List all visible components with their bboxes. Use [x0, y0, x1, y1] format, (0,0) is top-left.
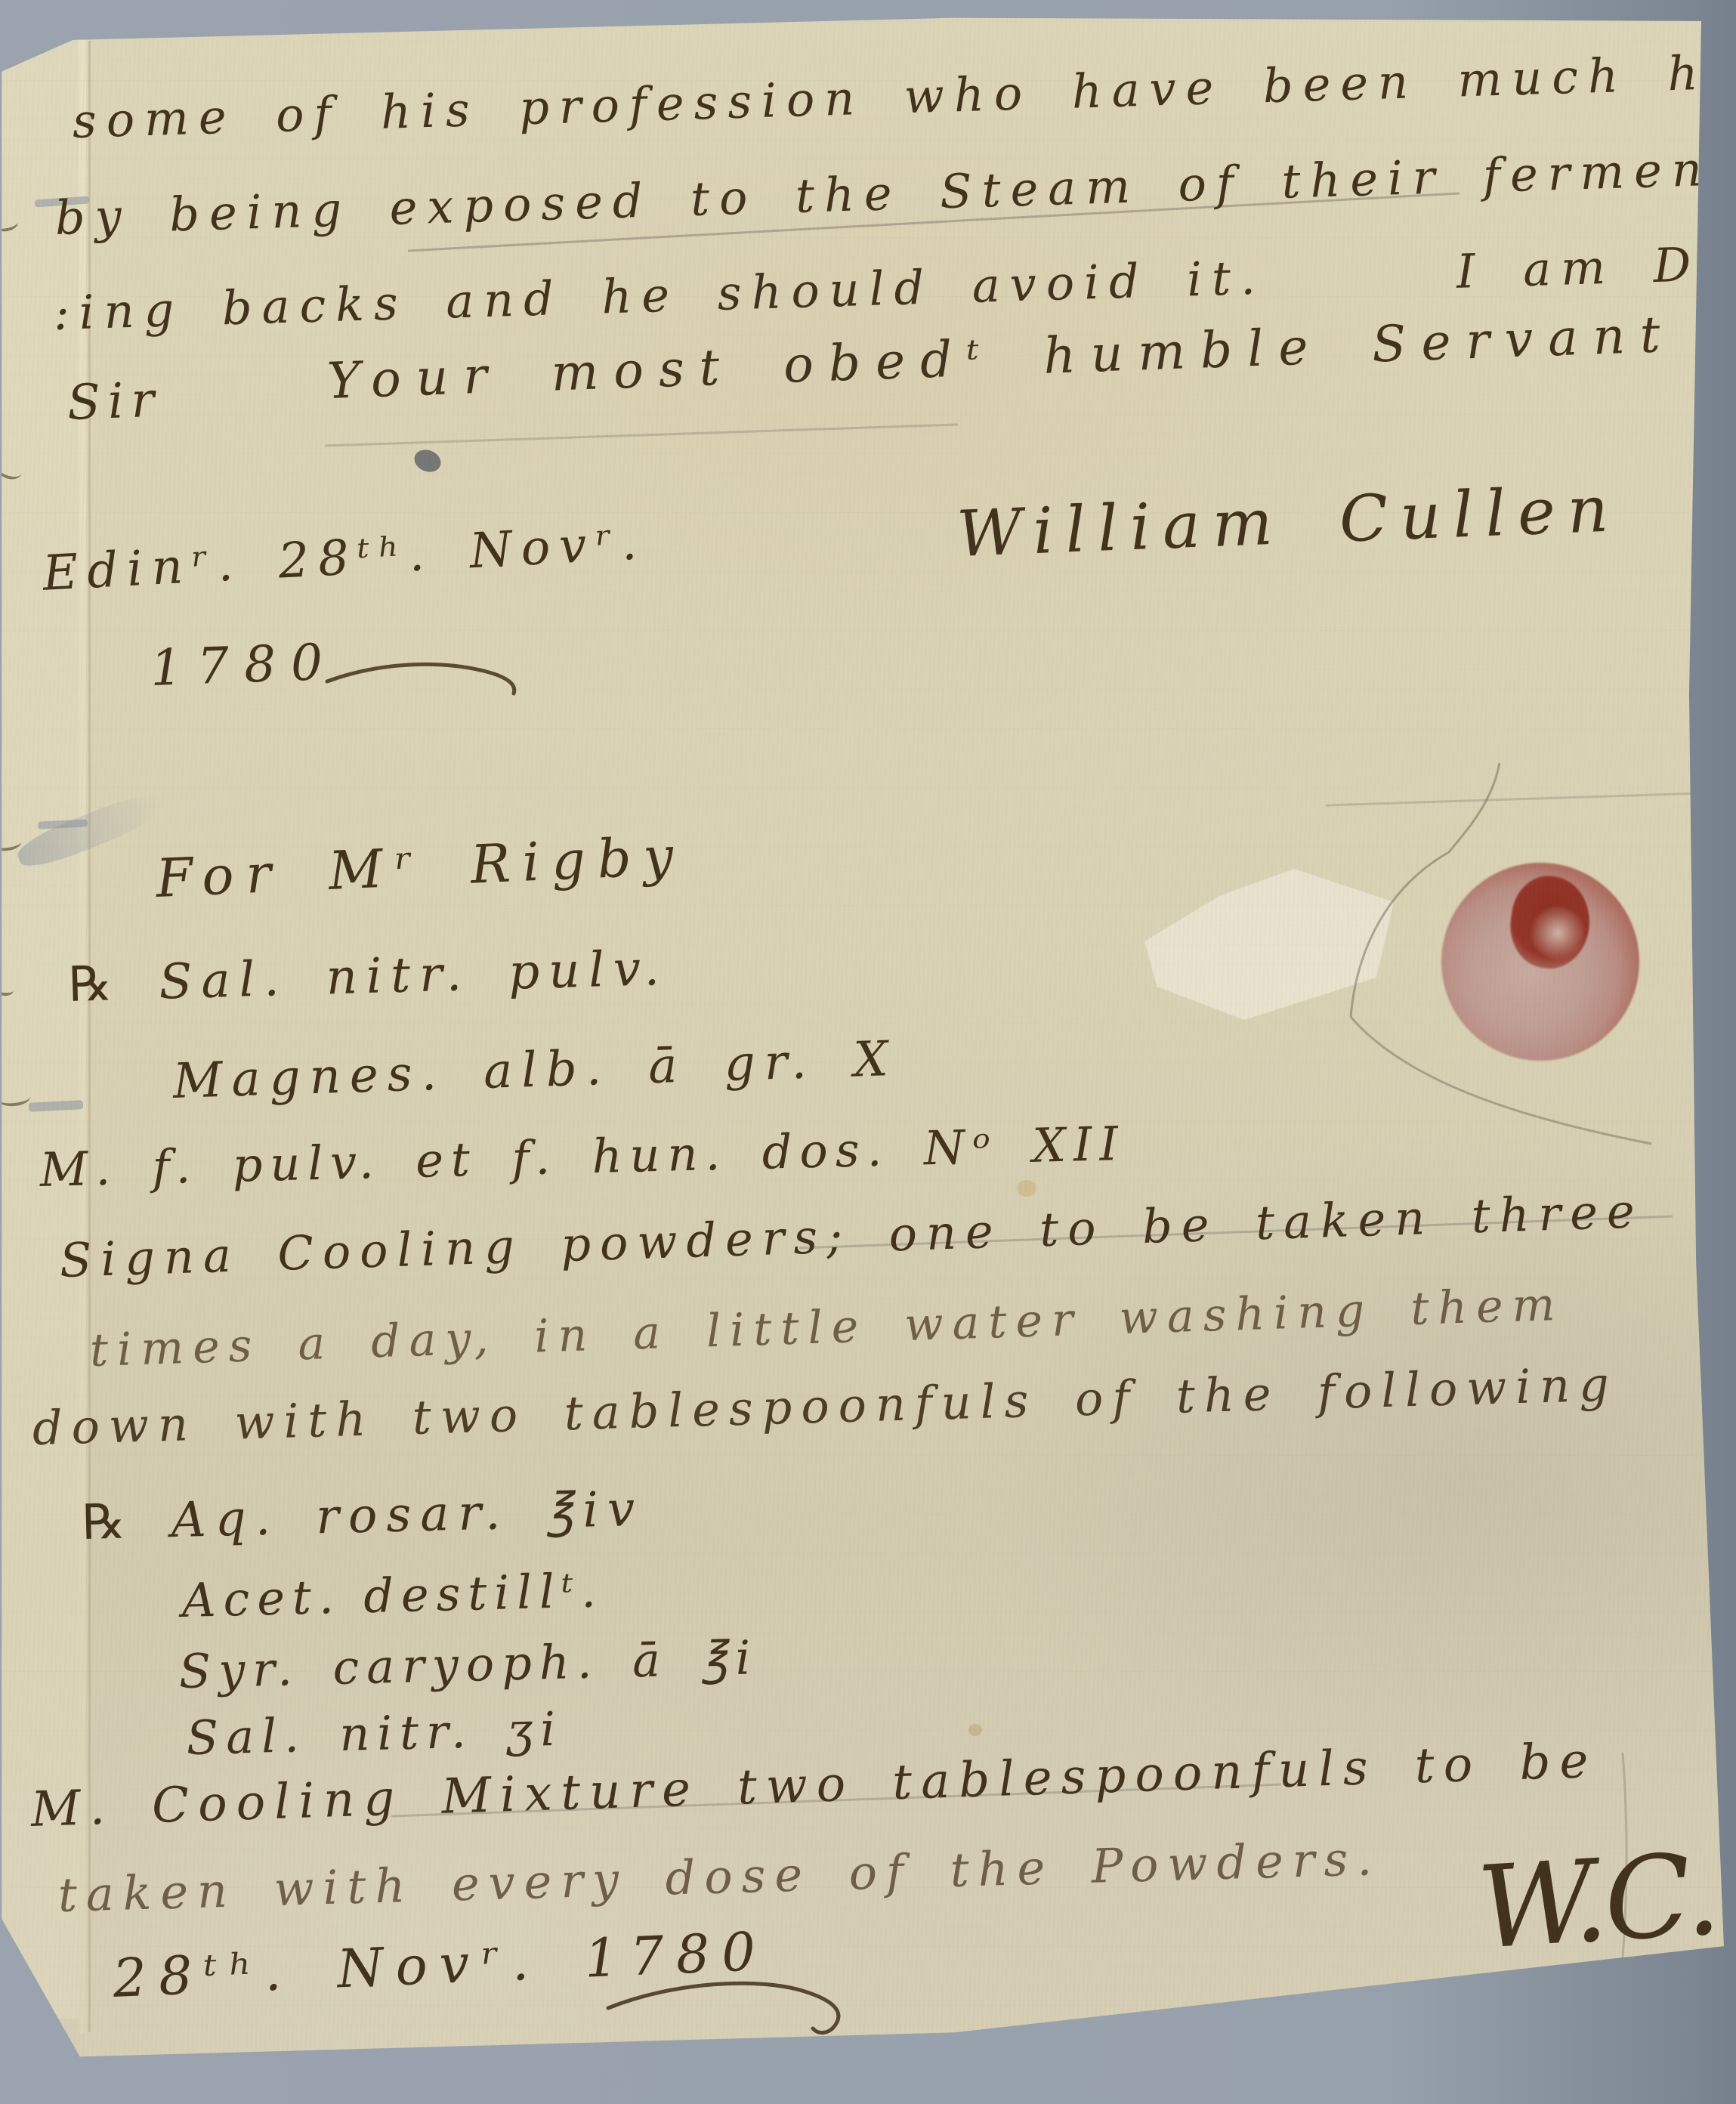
stitch-mark — [38, 819, 88, 829]
recipe2-line-3: Syr. caryoph. ā ℥i — [178, 1634, 758, 1695]
recipe1-line-1: ℞ Sal. nitr. pulv. — [68, 944, 669, 1009]
recipe1-line-3: M. f. pulv. et f. hun. dos. Nᵒ XII — [39, 1120, 1126, 1194]
dateline-year: 1780 — [150, 637, 338, 694]
margin-ink-fragment — [0, 1968, 25, 1988]
photograph-background: some of his profession who have been muc… — [0, 0, 1736, 2104]
letter-line-2: by being exposed to the Steam of their f… — [54, 144, 1736, 242]
prescription-heading: For Mʳ Rigby — [155, 829, 686, 905]
wax-seal-dark-blob — [1505, 871, 1595, 973]
crease-lines — [0, 0, 1736, 2104]
foxing-spot — [968, 1724, 982, 1736]
wax-seal-worn-center — [1531, 907, 1585, 959]
fold-crease-highlight — [79, 39, 86, 2034]
recipe2-line-4: Sal. nitr. ʒi — [186, 1706, 564, 1762]
fold-crease-shadow — [88, 41, 91, 2032]
letter-line-3: :ing backs and he should avoid it. I am … — [53, 240, 1728, 337]
foxing-spot — [1017, 1180, 1036, 1197]
wax-seal — [1441, 863, 1639, 1061]
margin-ink-fragment — [0, 836, 22, 853]
stitch-mark — [35, 196, 90, 208]
ink-flourish — [604, 1964, 861, 2047]
salutation: Sir — [66, 376, 162, 428]
stitch-mark — [29, 1100, 84, 1112]
signa-line-1: Signa Cooling powders; one to be taken t… — [59, 1188, 1644, 1284]
margin-ink-fragment — [0, 215, 20, 233]
ink-blot — [411, 446, 444, 475]
recipe1-line-2: Magnes. alb. ā gr. X — [172, 1035, 897, 1106]
directions-line-2: taken with every dose of the Powders. — [57, 1835, 1382, 1919]
prescription-date: 28ᵗʰ. Novʳ. 1780 — [112, 1925, 768, 2005]
ink-flourish — [323, 642, 535, 718]
directions-line-1: M. Cooling Mixture two tablespoonfuls to… — [30, 1737, 1598, 1834]
recipe2-line-2: Acet. destillᵗ. — [181, 1567, 604, 1624]
initials-monogram: W.C. — [1475, 1838, 1720, 1966]
dateline-place: Edinʳ. 28ᵗʰ. Novʳ. — [42, 518, 647, 598]
margin-ink-fragment — [0, 456, 25, 482]
margin-ink-fragment — [0, 1089, 31, 1108]
letter-line-1: some of his profession who have been muc… — [72, 47, 1736, 145]
torn-paper-patch — [1144, 869, 1394, 1020]
signa-line-3: down with two tablespoonfuls of the foll… — [32, 1361, 1619, 1452]
pencil-smudge — [13, 787, 165, 875]
page-fold-strip — [0, 39, 79, 2019]
signature: William Cullen — [956, 477, 1621, 566]
margin-ink-fragment — [0, 983, 14, 996]
letter-page: some of his profession who have been muc… — [0, 0, 1736, 2104]
valediction: Your most obedᵗ humble Servant — [326, 310, 1676, 406]
recipe2-line-1: ℞ Aq. rosar. ℥iv — [82, 1485, 644, 1547]
signa-line-2: times a day, in a little water washing t… — [89, 1282, 1565, 1373]
